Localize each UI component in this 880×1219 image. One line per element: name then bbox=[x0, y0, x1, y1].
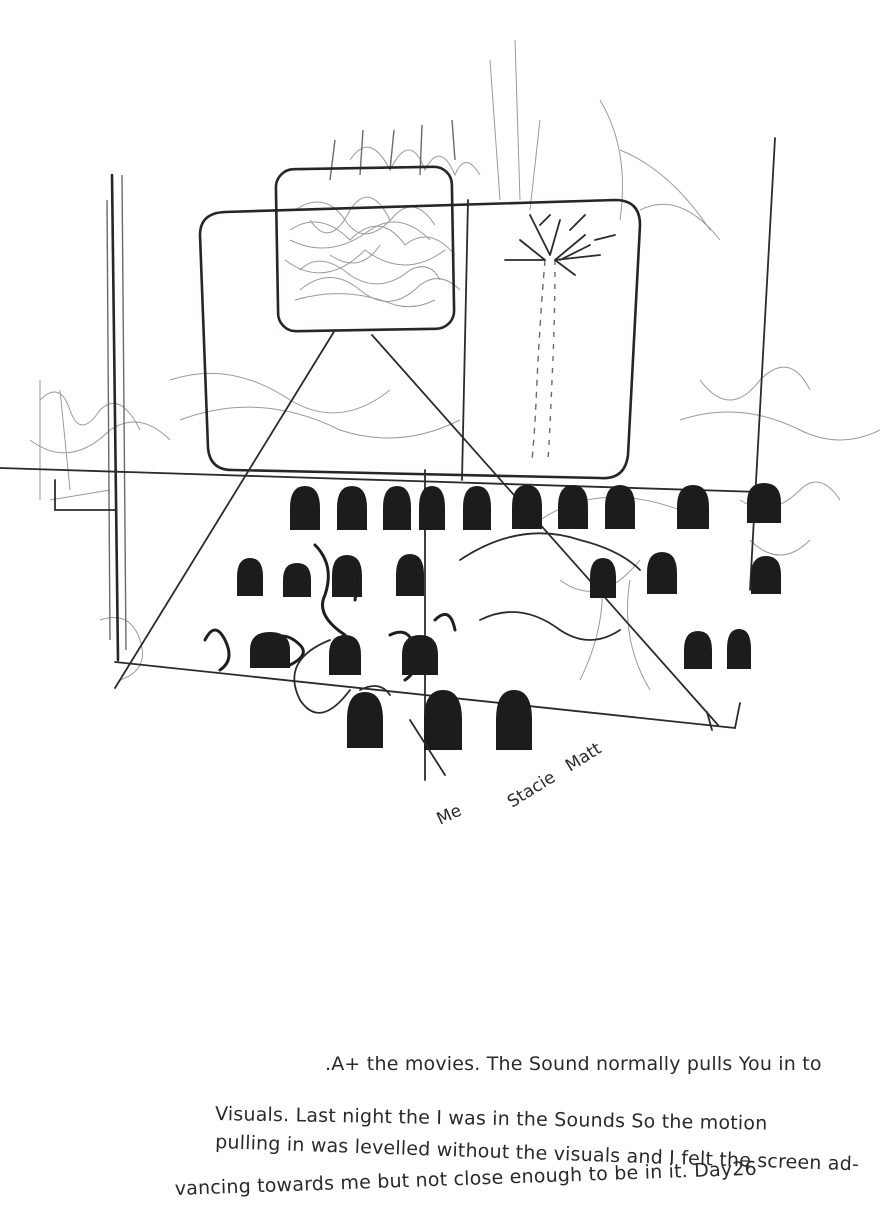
theater-sketch: Me Stacie Matt .A+ the movies. The Sound… bbox=[0, 0, 880, 1219]
audience-head bbox=[383, 486, 411, 530]
audience-head bbox=[463, 486, 491, 530]
audience-head bbox=[647, 552, 677, 594]
label-stacie: Stacie bbox=[504, 768, 559, 813]
audience-head bbox=[283, 563, 311, 597]
audience-head bbox=[677, 485, 709, 529]
audience-head bbox=[402, 635, 438, 675]
audience-head bbox=[605, 485, 635, 529]
vertical-poles bbox=[107, 138, 775, 780]
horizon-line bbox=[0, 468, 760, 730]
small-screen-scribble bbox=[290, 197, 440, 307]
audience-head bbox=[347, 692, 383, 748]
audience-head bbox=[496, 690, 532, 750]
caption-line-4: vancing towards me but not close enough … bbox=[174, 1158, 757, 1200]
audience-head bbox=[590, 558, 616, 598]
audience-heads bbox=[237, 483, 781, 750]
audience-head bbox=[747, 483, 781, 523]
palm-tree bbox=[505, 215, 615, 460]
caption-line-1: .A+ the movies. The Sound normally pulls… bbox=[325, 1053, 822, 1075]
label-matt: Matt bbox=[562, 739, 605, 776]
seat-labels: Me Stacie Matt bbox=[434, 739, 606, 830]
small-screen bbox=[276, 166, 455, 331]
audience-head bbox=[558, 485, 588, 529]
audience-head bbox=[396, 554, 424, 596]
label-me: Me bbox=[434, 801, 465, 830]
audience-head bbox=[332, 555, 362, 597]
caption: .A+ the movies. The Sound normally pulls… bbox=[174, 1053, 859, 1200]
audience-head bbox=[419, 486, 445, 530]
caption-line-2: Visuals. Last night the I was in the Sou… bbox=[215, 1103, 768, 1135]
audience-head bbox=[329, 635, 361, 675]
audience-head bbox=[512, 485, 542, 529]
audience-head bbox=[337, 486, 367, 530]
audience-head bbox=[290, 486, 320, 530]
audience-head bbox=[727, 629, 751, 669]
audience-head bbox=[684, 631, 712, 669]
audience-head bbox=[424, 690, 462, 750]
audience-head bbox=[237, 558, 263, 596]
large-screen bbox=[200, 200, 640, 478]
audience-head bbox=[751, 556, 781, 594]
